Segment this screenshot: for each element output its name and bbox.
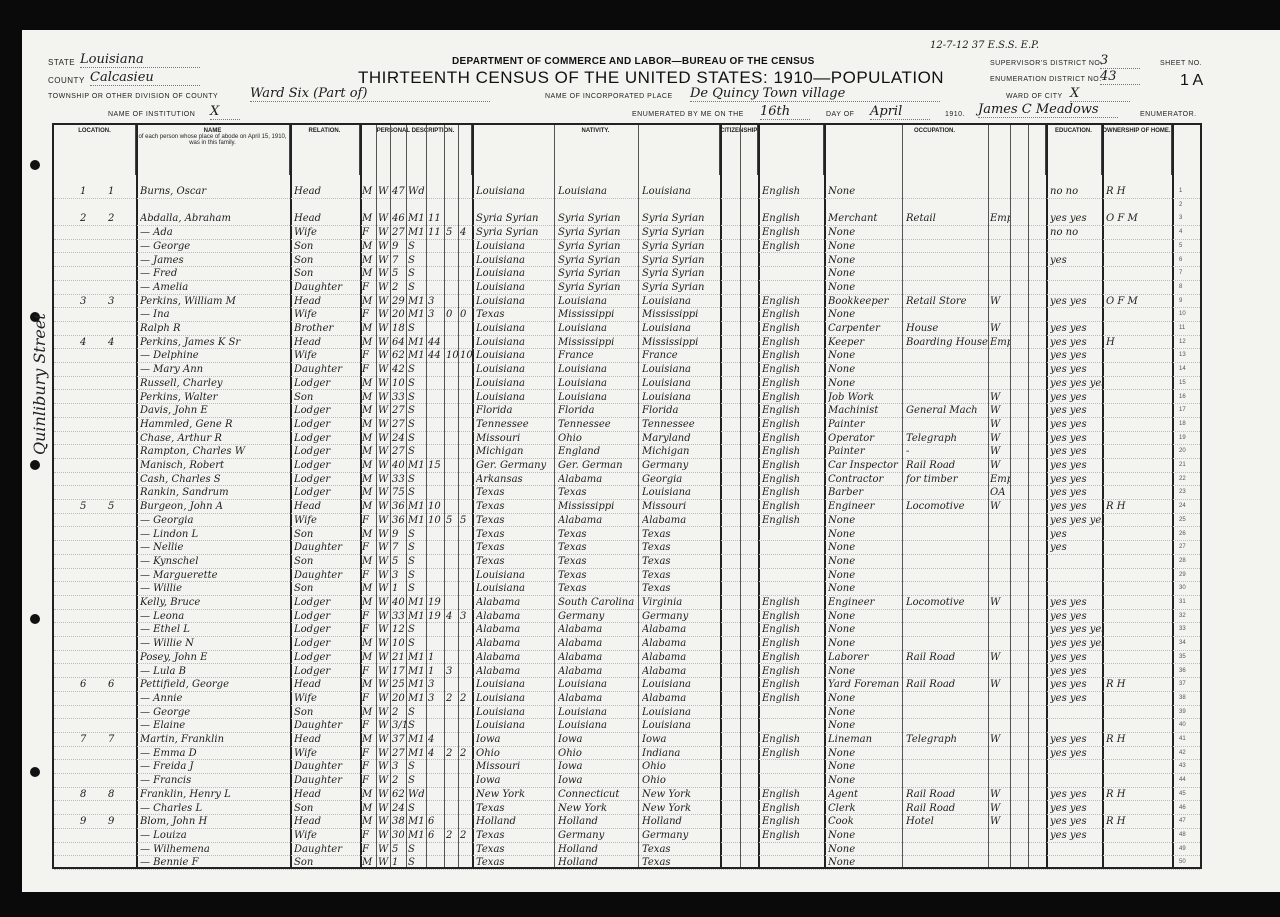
- cell-mpob: Texas: [642, 843, 720, 857]
- cell-yrs: [428, 856, 444, 870]
- cell-living: [460, 856, 472, 870]
- cell-dwelling: 1: [80, 185, 100, 199]
- cell-living: [460, 391, 472, 405]
- cell-occ: Car Inspector: [828, 459, 902, 473]
- cell-family: [108, 719, 128, 733]
- cell-age: 33: [392, 473, 406, 487]
- col-relation: RELATION.: [290, 125, 360, 175]
- cell-living: [460, 404, 472, 418]
- cell-mpob: Mississippi: [642, 308, 720, 322]
- cell-fpob: Holland: [558, 843, 638, 857]
- cell-age: 3/12: [392, 719, 406, 733]
- cell-living: [460, 473, 472, 487]
- cell-occ: None: [828, 774, 902, 788]
- cell-born: [446, 528, 458, 542]
- cell-yrs: 44: [428, 336, 444, 350]
- cell-age: 64: [392, 336, 406, 350]
- cell-lang: English: [762, 815, 824, 829]
- cell-yrs: [428, 760, 444, 774]
- cell-living: [460, 706, 472, 720]
- cell-emp: W: [990, 500, 1010, 514]
- cell-own: [1106, 555, 1170, 569]
- cell-lang: English: [762, 747, 824, 761]
- cell-dwelling: [80, 569, 100, 583]
- col-name-desc: of each person whose place of abode on A…: [136, 134, 289, 146]
- cell-mpob: Indiana: [642, 747, 720, 761]
- year-label: 1910.: [945, 111, 965, 118]
- cell-relation: Lodger: [294, 637, 358, 651]
- cell-lang: [762, 528, 824, 542]
- cell-race: W: [378, 541, 390, 555]
- cell-born: [446, 678, 458, 692]
- cell-yrs: [428, 623, 444, 637]
- cell-occ: None: [828, 308, 902, 322]
- cell-race: W: [378, 212, 390, 226]
- cell-marital: S: [408, 363, 426, 377]
- table-row: Rampton, Charles WLodgerMW27SMichiganEng…: [54, 445, 1200, 459]
- cell-name: Chase, Arthur R: [140, 432, 288, 446]
- cell-edu: [1050, 555, 1102, 569]
- cell-race: W: [378, 254, 390, 268]
- table-row: Kelly, BruceLodgerMW40M119AlabamaSouth C…: [54, 596, 1200, 610]
- cell-sex: F: [362, 569, 376, 583]
- cell-edu: no no: [1050, 226, 1102, 240]
- cell-relation: Lodger: [294, 610, 358, 624]
- cell-edu: yes yes: [1050, 322, 1102, 336]
- cell-name: — Emma D: [140, 747, 288, 761]
- table-row: — Freida JDaughterFW3SMissouriIowaOhioNo…: [54, 760, 1200, 774]
- cell-fpob: Iowa: [558, 760, 638, 774]
- cell-marital: S: [408, 582, 426, 596]
- cell-own: [1106, 596, 1170, 610]
- cell-emp: [990, 254, 1010, 268]
- line-number: 33: [1179, 626, 1186, 632]
- cell-family: 5: [108, 500, 128, 514]
- cell-ind: [906, 349, 988, 363]
- cell-name: Manisch, Robert: [140, 459, 288, 473]
- cell-pob: Syria Syrian: [476, 212, 554, 226]
- cell-ind: [906, 254, 988, 268]
- cell-marital: M1: [408, 815, 426, 829]
- cell-age: 1: [392, 856, 406, 870]
- cell-born: [446, 541, 458, 555]
- cell-fpob: Texas: [558, 569, 638, 583]
- cell-family: [108, 226, 128, 240]
- cell-ind: Retail: [906, 212, 988, 226]
- cell-dwelling: [80, 254, 100, 268]
- line-number: 42: [1179, 750, 1186, 756]
- cell-relation: Daughter: [294, 843, 358, 857]
- cell-mpob: Syria Syrian: [642, 240, 720, 254]
- cell-yrs: [428, 240, 444, 254]
- cell-mpob: Holland: [642, 815, 720, 829]
- cell-name: Burns, Oscar: [140, 185, 288, 199]
- cell-sex: M: [362, 212, 376, 226]
- cell-pob: Texas: [476, 500, 554, 514]
- cell-occ: None: [828, 281, 902, 295]
- supervisor-value: 3: [1100, 53, 1140, 69]
- cell-born: [446, 322, 458, 336]
- cell-living: [460, 459, 472, 473]
- cell-age: 20: [392, 692, 406, 706]
- cell-race: W: [378, 281, 390, 295]
- cell-dwelling: [80, 404, 100, 418]
- cell-yrs: [428, 432, 444, 446]
- cell-race: W: [378, 377, 390, 391]
- table-row: Manisch, RobertLodgerMW40M115Ger. German…: [54, 459, 1200, 473]
- cell-pob: Louisiana: [476, 569, 554, 583]
- cell-mpob: Louisiana: [642, 719, 720, 733]
- cell-relation: Head: [294, 185, 358, 199]
- cell-edu: yes: [1050, 541, 1102, 555]
- cell-age: 18: [392, 322, 406, 336]
- cell-born: [446, 500, 458, 514]
- cell-ind: Boarding House: [906, 336, 988, 350]
- cell-occ: Agent: [828, 788, 902, 802]
- cell-mpob: Alabama: [642, 514, 720, 528]
- cell-yrs: 19: [428, 610, 444, 624]
- cell-dwelling: [80, 856, 100, 870]
- cell-age: 10: [392, 377, 406, 391]
- cell-born: [446, 706, 458, 720]
- supervisor-label: SUPERVISOR'S DISTRICT NO.: [990, 60, 1103, 67]
- col-language: [758, 125, 824, 175]
- line-number: 11: [1179, 325, 1185, 331]
- table-row: — DelphineWifeFW62M1441010LouisianaFranc…: [54, 349, 1200, 363]
- table-row: — JamesSonMW7SLouisianaSyria SyrianSyria…: [54, 254, 1200, 268]
- cell-dwelling: [80, 473, 100, 487]
- cell-age: 27: [392, 404, 406, 418]
- cell-pob: Louisiana: [476, 719, 554, 733]
- table-row: — KynschelSonMW5STexasTexasTexasNone: [54, 555, 1200, 569]
- cell-age: 40: [392, 459, 406, 473]
- cell-own: [1106, 802, 1170, 816]
- cell-family: [108, 610, 128, 624]
- cell-ind: -: [906, 445, 988, 459]
- cell-mpob: Texas: [642, 569, 720, 583]
- cell-lang: English: [762, 665, 824, 679]
- binder-hole: [30, 767, 40, 777]
- cell-sex: F: [362, 623, 376, 637]
- enum-district-value: 43: [1100, 69, 1140, 85]
- cell-occ: None: [828, 760, 902, 774]
- cell-living: [460, 267, 472, 281]
- cell-own: [1106, 322, 1170, 336]
- cell-race: W: [378, 226, 390, 240]
- cell-emp: [990, 856, 1010, 870]
- cell-sex: M: [362, 473, 376, 487]
- cell-name: — Fred: [140, 267, 288, 281]
- line-number: 20: [1179, 448, 1186, 454]
- cell-age: 47: [392, 185, 406, 199]
- cell-own: [1106, 719, 1170, 733]
- cell-fpob: South Carolina: [558, 596, 638, 610]
- cell-mpob: Alabama: [642, 623, 720, 637]
- line-number: 47: [1179, 818, 1186, 824]
- cell-name: Perkins, William M: [140, 295, 288, 309]
- cell-relation: Daughter: [294, 569, 358, 583]
- table-row: — AmeliaDaughterFW2SLouisianaSyria Syria…: [54, 281, 1200, 295]
- cell-marital: S: [408, 240, 426, 254]
- cell-pob: Louisiana: [476, 706, 554, 720]
- cell-emp: [990, 760, 1010, 774]
- cell-yrs: [428, 486, 444, 500]
- cell-edu: yes yes yes: [1050, 637, 1102, 651]
- cell-lang: English: [762, 432, 824, 446]
- cell-fpob: Mississippi: [558, 308, 638, 322]
- cell-lang: English: [762, 404, 824, 418]
- cell-marital: S: [408, 856, 426, 870]
- cell-ind: [906, 692, 988, 706]
- cell-born: [446, 267, 458, 281]
- cell-pob: Texas: [476, 528, 554, 542]
- cell-living: [460, 719, 472, 733]
- cell-family: [108, 623, 128, 637]
- line-number: 44: [1179, 777, 1186, 783]
- cell-edu: yes yes yes: [1050, 514, 1102, 528]
- cell-family: [108, 747, 128, 761]
- cell-age: 27: [392, 445, 406, 459]
- ward-label: WARD OF CITY: [1006, 93, 1063, 100]
- cell-pob: Texas: [476, 514, 554, 528]
- cell-race: W: [378, 445, 390, 459]
- cell-race: W: [378, 432, 390, 446]
- cell-own: [1106, 459, 1170, 473]
- cell-family: [108, 267, 128, 281]
- cell-family: [108, 377, 128, 391]
- cell-relation: Lodger: [294, 651, 358, 665]
- cell-occ: None: [828, 555, 902, 569]
- cell-born: 2: [446, 747, 458, 761]
- cell-race: W: [378, 678, 390, 692]
- cell-born: [446, 596, 458, 610]
- cell-lang: English: [762, 336, 824, 350]
- table-row: 88Franklin, Henry LHeadMW62WdNew YorkCon…: [54, 788, 1200, 802]
- cell-sex: M: [362, 500, 376, 514]
- cell-living: [460, 322, 472, 336]
- cell-yrs: [428, 774, 444, 788]
- cell-ind: [906, 610, 988, 624]
- cell-marital: S: [408, 473, 426, 487]
- cell-occ: Operator: [828, 432, 902, 446]
- cell-mpob: France: [642, 349, 720, 363]
- cell-born: [446, 815, 458, 829]
- cell-emp: OA: [990, 486, 1010, 500]
- line-number: 49: [1179, 846, 1186, 852]
- cell-edu: yes yes: [1050, 678, 1102, 692]
- cell-family: [108, 363, 128, 377]
- cell-dwelling: [80, 377, 100, 391]
- cell-born: 5: [446, 514, 458, 528]
- cell-name: — George: [140, 240, 288, 254]
- cell-age: 30: [392, 829, 406, 843]
- cell-sex: F: [362, 747, 376, 761]
- cell-edu: yes yes: [1050, 651, 1102, 665]
- cell-mpob: Alabama: [642, 692, 720, 706]
- cell-yrs: [428, 445, 444, 459]
- cell-emp: W: [990, 445, 1010, 459]
- cell-emp: W: [990, 432, 1010, 446]
- cell-age: 21: [392, 651, 406, 665]
- cell-relation: Son: [294, 582, 358, 596]
- table-row: 77Martin, FranklinHeadMW37M14IowaIowaIow…: [54, 733, 1200, 747]
- binder-hole: [30, 160, 40, 170]
- cell-edu: yes yes: [1050, 212, 1102, 226]
- cell-sex: M: [362, 185, 376, 199]
- cell-ind: Rail Road: [906, 459, 988, 473]
- table-row: 11Burns, OscarHeadMW47WdLouisianaLouisia…: [54, 185, 1200, 199]
- cell-lang: [762, 774, 824, 788]
- cell-marital: S: [408, 774, 426, 788]
- cell-mpob: Texas: [642, 555, 720, 569]
- cell-fpob: Germany: [558, 610, 638, 624]
- cell-living: [460, 377, 472, 391]
- cell-pob: Syria Syrian: [476, 226, 554, 240]
- cell-occ: Engineer: [828, 596, 902, 610]
- cell-living: [460, 582, 472, 596]
- table-row: — LouizaWifeFW30M1622TexasGermanyGermany…: [54, 829, 1200, 843]
- cell-yrs: [428, 719, 444, 733]
- cell-pob: Louisiana: [476, 678, 554, 692]
- cell-marital: Wd: [408, 185, 426, 199]
- cell-name: Franklin, Henry L: [140, 788, 288, 802]
- cell-relation: Wife: [294, 349, 358, 363]
- cell-family: [108, 569, 128, 583]
- table-row: 22Abdalla, AbrahamHeadMW46M111Syria Syri…: [54, 212, 1200, 226]
- cell-emp: W: [990, 295, 1010, 309]
- cell-fpob: Connecticut: [558, 788, 638, 802]
- line-number: 19: [1179, 435, 1186, 441]
- scan-bottom-border: [0, 892, 1280, 917]
- cell-relation: Son: [294, 856, 358, 870]
- cell-dwelling: [80, 665, 100, 679]
- cell-family: [108, 596, 128, 610]
- cell-born: [446, 733, 458, 747]
- cell-emp: W: [990, 404, 1010, 418]
- cell-occ: Merchant: [828, 212, 902, 226]
- cell-edu: yes yes: [1050, 829, 1102, 843]
- cell-yrs: 11: [428, 212, 444, 226]
- line-number: 22: [1179, 476, 1186, 482]
- cell-fpob: Alabama: [558, 692, 638, 706]
- cell-name: — Freida J: [140, 760, 288, 774]
- table-row: — GeorgiaWifeFW36M11055TexasAlabamaAlaba…: [54, 514, 1200, 528]
- cell-race: W: [378, 665, 390, 679]
- cell-lang: [762, 555, 824, 569]
- cell-marital: S: [408, 391, 426, 405]
- line-number: 2: [1179, 202, 1182, 208]
- cell-own: [1106, 760, 1170, 774]
- cell-edu: [1050, 706, 1102, 720]
- line-number: 28: [1179, 558, 1186, 564]
- cell-sex: F: [362, 226, 376, 240]
- cell-age: 7: [392, 541, 406, 555]
- cell-name: — Lula B: [140, 665, 288, 679]
- cell-race: W: [378, 459, 390, 473]
- cell-living: [460, 596, 472, 610]
- cell-family: [108, 528, 128, 542]
- cell-age: 29: [392, 295, 406, 309]
- cell-mpob: Louisiana: [642, 377, 720, 391]
- cell-family: [108, 473, 128, 487]
- cell-edu: yes yes: [1050, 815, 1102, 829]
- cell-name: — Wilhemena: [140, 843, 288, 857]
- cell-age: 46: [392, 212, 406, 226]
- cell-marital: S: [408, 377, 426, 391]
- cell-mpob: Alabama: [642, 665, 720, 679]
- cell-edu: [1050, 582, 1102, 596]
- cell-age: 75: [392, 486, 406, 500]
- cell-marital: M1: [408, 212, 426, 226]
- cell-sex: M: [362, 733, 376, 747]
- col-occupation: OCCUPATION.: [824, 125, 1046, 175]
- cell-mpob: Georgia: [642, 473, 720, 487]
- cell-name: Martin, Franklin: [140, 733, 288, 747]
- cell-lang: English: [762, 678, 824, 692]
- cell-race: W: [378, 637, 390, 651]
- cell-living: [460, 541, 472, 555]
- cell-fpob: Syria Syrian: [558, 254, 638, 268]
- cell-emp: Emp: [990, 212, 1010, 226]
- cell-lang: English: [762, 623, 824, 637]
- cell-born: [446, 651, 458, 665]
- cell-race: W: [378, 363, 390, 377]
- cell-pob: Louisiana: [476, 692, 554, 706]
- cell-sex: F: [362, 692, 376, 706]
- cell-relation: Head: [294, 678, 358, 692]
- cell-pob: Florida: [476, 404, 554, 418]
- cell-yrs: 3: [428, 678, 444, 692]
- cell-own: [1106, 254, 1170, 268]
- cell-marital: S: [408, 760, 426, 774]
- cell-marital: S: [408, 623, 426, 637]
- cell-ind: [906, 569, 988, 583]
- line-number: 48: [1179, 832, 1186, 838]
- cell-emp: Emp: [990, 473, 1010, 487]
- cell-sex: F: [362, 363, 376, 377]
- cell-occ: Keeper: [828, 336, 902, 350]
- cell-fpob: Texas: [558, 555, 638, 569]
- line-number: 10: [1179, 311, 1186, 317]
- cell-race: W: [378, 267, 390, 281]
- cell-sex: M: [362, 322, 376, 336]
- cell-occ: None: [828, 377, 902, 391]
- cell-living: [460, 774, 472, 788]
- line-number: 21: [1179, 462, 1186, 468]
- table-row: 33Perkins, William MHeadMW29M13Louisiana…: [54, 295, 1200, 309]
- cell-lang: English: [762, 212, 824, 226]
- cell-mpob: Missouri: [642, 500, 720, 514]
- scan-top-border: [0, 0, 1280, 30]
- cell-lang: English: [762, 459, 824, 473]
- cell-living: 2: [460, 692, 472, 706]
- cell-name: Burgeon, John A: [140, 500, 288, 514]
- cell-relation: Wife: [294, 308, 358, 322]
- cell-marital: S: [408, 555, 426, 569]
- cell-occ: Job Work: [828, 391, 902, 405]
- cell-marital: M1: [408, 500, 426, 514]
- cell-dwelling: [80, 528, 100, 542]
- cell-lang: English: [762, 473, 824, 487]
- cell-ind: [906, 843, 988, 857]
- cell-sex: F: [362, 774, 376, 788]
- cell-dwelling: [80, 486, 100, 500]
- cell-dwelling: [80, 843, 100, 857]
- cell-lang: English: [762, 391, 824, 405]
- cell-emp: [990, 637, 1010, 651]
- cell-relation: Daughter: [294, 281, 358, 295]
- cell-occ: Carpenter: [828, 322, 902, 336]
